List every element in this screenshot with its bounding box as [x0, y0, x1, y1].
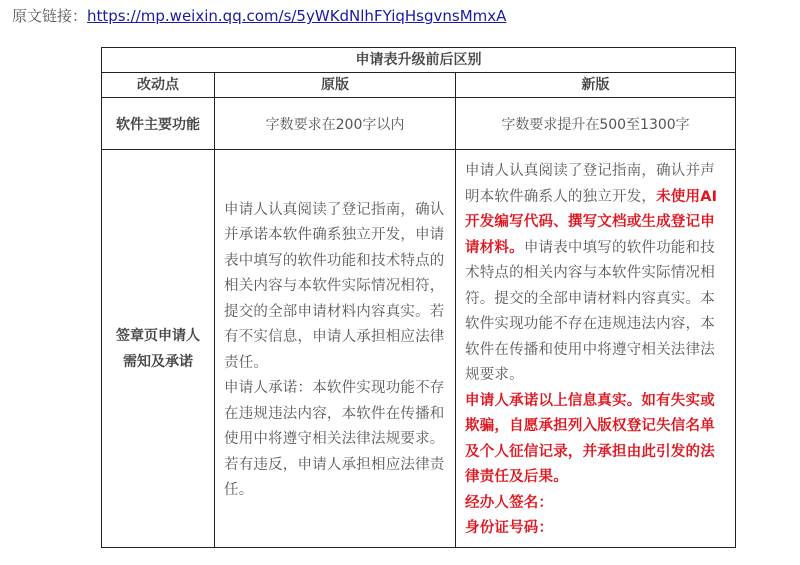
old-value: 申请人认真阅读了登记指南，确认并承诺本软件确系独立开发，申请表中填写的软件功能和… [215, 150, 456, 548]
source-label: 原文链接： [12, 7, 87, 25]
new-value: 字数要求提升在500至1300字 [456, 98, 736, 150]
old-value: 字数要求在200字以内 [215, 98, 456, 150]
old-paragraph-2: 申请人承诺：本软件实现功能不存在违规违法内容，本软件在传播和使用中将遵守相关法律… [224, 376, 447, 504]
header-old-version: 原版 [215, 73, 456, 98]
new-paragraph-1-b: 申请表中填写的软件功能和技术特点的相关内容与本软件实际情况相符。提交的全部申请材… [465, 240, 715, 384]
row-label: 签章页申请人需知及承诺 [102, 150, 215, 548]
header-new-version: 新版 [456, 73, 736, 98]
header-change-point: 改动点 [102, 73, 215, 98]
new-paragraph-2-highlight: 申请人承诺以上信息真实。如有失实或欺骗，自愿承担列入版权登记失信名单及个人征信记… [465, 389, 727, 491]
row-label: 软件主要功能 [102, 98, 215, 150]
id-number-field-label: 身份证号码： [465, 516, 727, 542]
comparison-table: 申请表升级前后区别 改动点 原版 新版 软件主要功能 字数要求在200字以内 字… [101, 47, 736, 548]
new-value: 申请人认真阅读了登记指南，确认并声明本软件确系人的独立开发，未使用AI开发编写代… [456, 150, 736, 548]
table-row: 软件主要功能 字数要求在200字以内 字数要求提升在500至1300字 [102, 98, 736, 150]
table-row: 签章页申请人需知及承诺 申请人认真阅读了登记指南，确认并承诺本软件确系独立开发，… [102, 150, 736, 548]
table-title: 申请表升级前后区别 [102, 48, 736, 73]
signer-field-label: 经办人签名： [465, 491, 727, 517]
old-paragraph-1: 申请人认真阅读了登记指南，确认并承诺本软件确系独立开发，申请表中填写的软件功能和… [224, 198, 447, 377]
source-line: 原文链接：https://mp.weixin.qq.com/s/5yWKdNlh… [12, 5, 506, 27]
source-link[interactable]: https://mp.weixin.qq.com/s/5yWKdNlhFYiqH… [87, 7, 506, 25]
